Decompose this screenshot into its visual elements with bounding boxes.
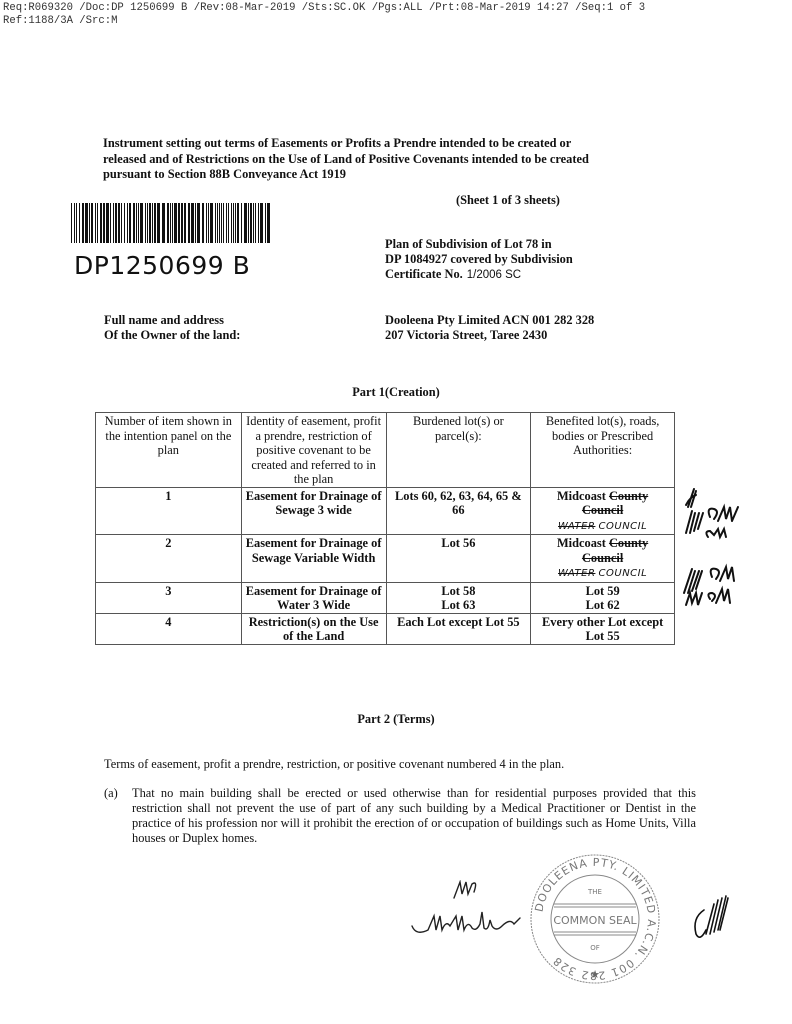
struck-text: County: [609, 489, 648, 503]
clause-a: (a) That no main building shall be erect…: [104, 786, 696, 846]
part1-heading: Part 1(Creation): [0, 385, 792, 400]
barcode-icon: [71, 203, 271, 243]
handwritten-struck-text: WATER: [558, 521, 595, 532]
handwritten-struck-text: WATER: [558, 568, 595, 579]
handwritten-amendment: COUNCIL: [599, 568, 648, 579]
struck-text: Council: [582, 503, 623, 517]
column-header-benefited: Benefited lot(s), roads, bodies or Presc…: [531, 413, 675, 488]
secretary-signature: [690, 890, 740, 945]
margin-initials-signature: [680, 485, 790, 610]
table-row: 1 Easement for Drainage of Sewage 3 wide…: [96, 487, 675, 535]
document-number: DP1250699 B: [74, 251, 250, 280]
table-row: 3 Easement for Drainage of Water 3 Wide …: [96, 582, 675, 613]
certificate-number: 1/2006 SC: [467, 269, 521, 281]
sheet-count: (Sheet 1 of 3 sheets): [456, 193, 560, 208]
item-identity: Easement for Drainage of Sewage 3 wide: [241, 487, 386, 535]
instrument-title: Instrument setting out terms of Easement…: [103, 136, 683, 183]
terms-intro: Terms of easement, profit a prendre, res…: [104, 757, 564, 772]
item-number: 2: [96, 535, 242, 583]
item-identity: Easement for Drainage of Sewage Variable…: [241, 535, 386, 583]
item-benefited: Every other Lot except Lot 55: [531, 613, 675, 644]
svg-text:OF: OF: [590, 944, 600, 952]
document-header-line-2: Ref:1188/3A /Src:M: [3, 15, 117, 27]
common-seal-icon: DOOLEENA PTY. LIMITED A.C.N. 001 282 328…: [520, 852, 670, 986]
clause-text: That no main building shall be erected o…: [132, 786, 696, 846]
table-row: 4 Restriction(s) on the Use of the Land …: [96, 613, 675, 644]
item-burdened: Lot 56: [386, 535, 531, 583]
item-burdened: Lots 60, 62, 63, 64, 65 & 66: [386, 487, 531, 535]
svg-text:COMMON SEAL: COMMON SEAL: [553, 914, 637, 927]
item-number: 3: [96, 582, 242, 613]
handwritten-amendment: COUNCIL: [599, 521, 648, 532]
svg-text:★: ★: [590, 968, 600, 981]
struck-text: Council: [582, 551, 623, 565]
owner-label: Full name and address Of the Owner of th…: [104, 313, 240, 343]
owner-details: Dooleena Pty Limited ACN 001 282 328 207…: [385, 313, 594, 343]
svg-text:THE: THE: [587, 888, 602, 896]
column-header-burdened: Burdened lot(s) or parcel(s):: [386, 413, 531, 488]
item-benefited: Lot 59 Lot 62: [531, 582, 675, 613]
item-number: 4: [96, 613, 242, 644]
item-burdened: Each Lot except Lot 55: [386, 613, 531, 644]
item-identity: Restriction(s) on the Use of the Land: [241, 613, 386, 644]
item-burdened: Lot 58 Lot 63: [386, 582, 531, 613]
table-header-row: Number of item shown in the intention pa…: [96, 413, 675, 488]
item-number: 1: [96, 487, 242, 535]
part2-heading: Part 2 (Terms): [0, 712, 792, 727]
item-identity: Easement for Drainage of Water 3 Wide: [241, 582, 386, 613]
column-header-number: Number of item shown in the intention pa…: [96, 413, 242, 488]
table-row: 2 Easement for Drainage of Sewage Variab…: [96, 535, 675, 583]
column-header-identity: Identity of easement, profit a prendre, …: [241, 413, 386, 488]
plan-description: Plan of Subdivision of Lot 78 in DP 1084…: [385, 237, 573, 283]
struck-text: County: [609, 536, 648, 550]
item-benefited: Midcoast County Council WATER COUNCIL: [531, 487, 675, 535]
clause-label: (a): [104, 786, 118, 801]
easements-table: Number of item shown in the intention pa…: [95, 412, 675, 645]
item-benefited: Midcoast County Council WATER COUNCIL: [531, 535, 675, 583]
document-header-line-1: Req:R069320 /Doc:DP 1250699 B /Rev:08-Ma…: [3, 2, 645, 14]
certificate-label: Certificate No.: [385, 267, 463, 281]
